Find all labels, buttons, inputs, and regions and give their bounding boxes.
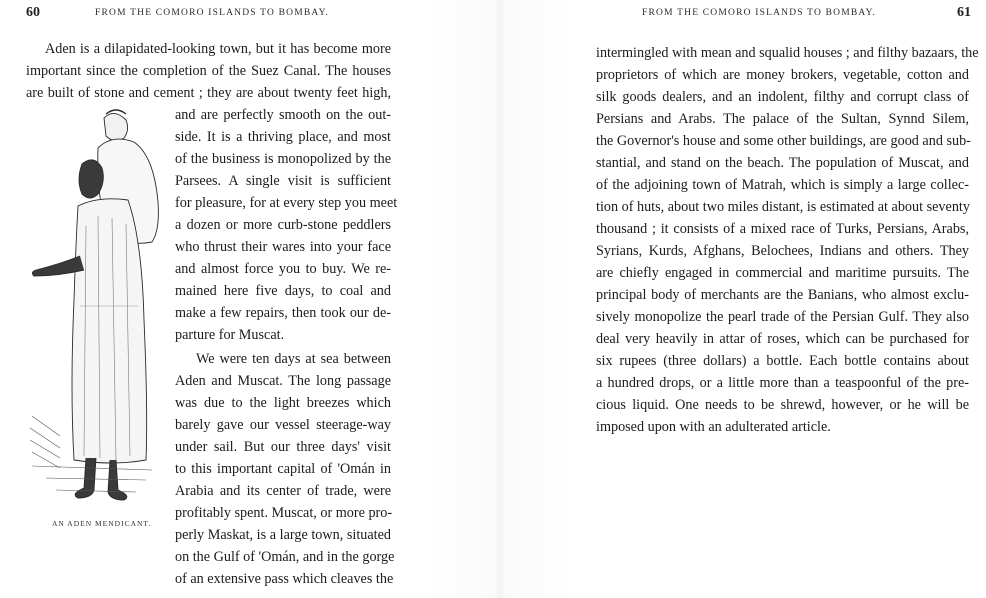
text-line: thousand ; it consists of a mixed race o…	[596, 218, 969, 240]
page-number: 61	[957, 5, 971, 21]
text-line: Aden is a dilapidated-looking town, but …	[45, 38, 391, 60]
text-line: profitably spent. Muscat, or more pro-	[175, 502, 391, 524]
text-line: of an extensive pass which cleaves the	[175, 568, 391, 590]
text-line: deal very heavily in attar of roses, whi…	[596, 328, 969, 350]
text-line: for pleasure, for at every step you meet	[175, 192, 391, 214]
illustration-caption: AN ADEN MENDICANT.	[52, 519, 151, 528]
text-line: who thrust their wares into your face	[175, 236, 391, 258]
text-line: to this important capital of 'Omán in	[175, 458, 391, 480]
text-line: cious liquid. One needs to be shrewd, ho…	[596, 394, 969, 416]
text-line: are built of stone and cement ; they are…	[26, 82, 391, 104]
text-line: are chiefly engaged in commercial and ma…	[596, 262, 969, 284]
text-line: Arabia and its center of trade, were	[175, 480, 391, 502]
text-line: the Governor's house and some other buil…	[596, 130, 969, 152]
text-line: side. It is a thriving place, and most	[175, 126, 391, 148]
text-line: parture for Muscat.	[175, 324, 391, 346]
text-line: proprietors of which are money brokers, …	[596, 64, 969, 86]
text-line: on the Gulf of 'Omán, and in the gorge	[175, 546, 391, 568]
text-line: a hundred drops, or a little more than a…	[596, 372, 969, 394]
text-line: silk goods dealers, and an indolent, fil…	[596, 86, 969, 108]
text-line: six rupees (three dollars) a bottle. Eac…	[596, 350, 969, 372]
running-head: FROM THE COMORO ISLANDS TO BOMBAY.	[642, 8, 876, 18]
running-head: FROM THE COMORO ISLANDS TO BOMBAY.	[95, 8, 329, 18]
text-line: Persians and Arabs. The palace of the Su…	[596, 108, 969, 130]
text-line: We were ten days at sea between	[196, 348, 391, 370]
text-line: was due to the light breezes which	[175, 392, 391, 414]
text-line: barely gave our vessel steerage-way	[175, 414, 391, 436]
text-line: under sail. But our three days' visit	[175, 436, 391, 458]
text-line: Parsees. A single visit is sufficient	[175, 170, 391, 192]
text-line: mained here five days, to coal and	[175, 280, 391, 302]
mendicant-illustration	[26, 106, 166, 506]
text-line: make a few repairs, then took our de-	[175, 302, 391, 324]
text-line: Aden and Muscat. The long passage	[175, 370, 391, 392]
text-line: principal body of merchants are the Bani…	[596, 284, 969, 306]
text-line: intermingled with mean and squalid house…	[596, 42, 969, 64]
text-line: important since the completion of the Su…	[26, 60, 391, 82]
text-line: sively monopolize the pearl trade of the…	[596, 306, 969, 328]
page-number: 60	[26, 5, 40, 21]
text-line: and almost force you to buy. We re-	[175, 258, 391, 280]
text-line: of the business is monopolized by the	[175, 148, 391, 170]
text-line: imposed upon with an adulterated article…	[596, 416, 969, 438]
text-line: tion of huts, about two miles distant, i…	[596, 196, 969, 218]
right-page: FROM THE COMORO ISLANDS TO BOMBAY. 61 in…	[560, 0, 986, 598]
left-page: 60 FROM THE COMORO ISLANDS TO BOMBAY. Ad…	[0, 0, 440, 598]
text-line: perly Maskat, is a large town, situated	[175, 524, 391, 546]
text-line: and are perfectly smooth on the out-	[175, 104, 391, 126]
text-line: stantial, and stand on the beach. The po…	[596, 152, 969, 174]
text-line: Syrians, Kurds, Afghans, Belochees, Indi…	[596, 240, 969, 262]
text-line: a dozen or more curb-stone peddlers	[175, 214, 391, 236]
book-gutter	[430, 0, 570, 598]
text-line: of the adjoining town of Matrah, which i…	[596, 174, 969, 196]
